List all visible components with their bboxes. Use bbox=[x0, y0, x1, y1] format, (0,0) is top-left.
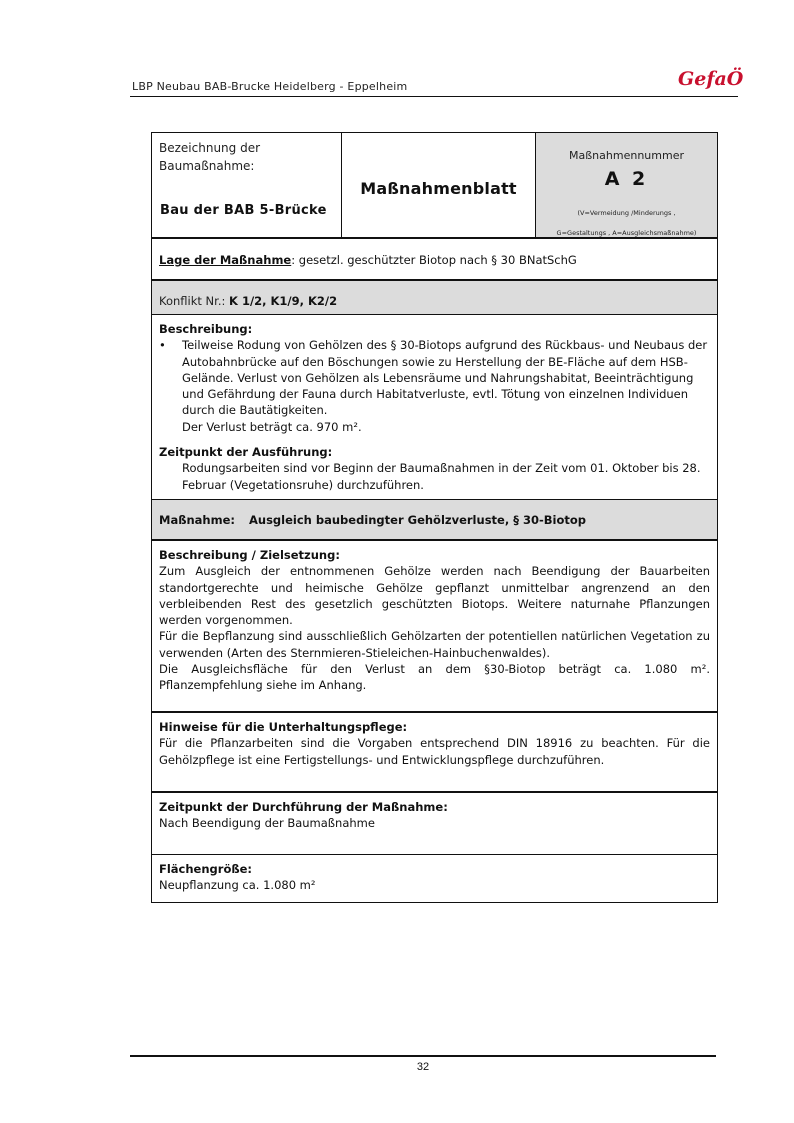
beschreibung-bullet-item: • Teilweise Rodung von Gehölzen des § 30… bbox=[159, 337, 710, 435]
konflikt-label: Konflikt Nr.: bbox=[159, 294, 229, 308]
header-divider bbox=[130, 96, 738, 97]
flaechengroesse-heading: Flächengröße: bbox=[159, 861, 710, 877]
beschreibung-verlust: Der Verlust beträgt ca. 970 m². bbox=[182, 419, 710, 435]
lage-label: Lage der Maßnahme bbox=[159, 253, 291, 267]
bezeichnung-cell: Bezeichnung der Baumaßnahme: Bau der BAB… bbox=[152, 133, 342, 237]
massnahme-label: Maßnahme: bbox=[159, 512, 249, 528]
form-header-row: Bezeichnung der Baumaßnahme: Bau der BAB… bbox=[151, 132, 718, 238]
unterhaltungspflege-text: Für die Pflanzarbeiten sind die Vorgaben… bbox=[159, 735, 710, 768]
massnahmennummer-cell: Maßnahmennummer A 2 (V=Vermeidung /Minde… bbox=[536, 133, 717, 237]
unterhaltungspflege-row: Hinweise für die Unterhaltungspflege: Fü… bbox=[151, 712, 718, 792]
beschreibung-row: Beschreibung: • Teilweise Rodung von Geh… bbox=[151, 315, 718, 500]
beschreibung-heading: Beschreibung: bbox=[159, 321, 710, 337]
sheet-title: Maßnahmenblatt bbox=[360, 181, 517, 197]
type-legend-line1: (V=Vermeidung /Minderungs , bbox=[536, 205, 717, 221]
flaechengroesse-row: Flächengröße: Neupflanzung ca. 1.080 m² bbox=[151, 855, 718, 903]
massnahme-value: Ausgleich baubedingter Gehölzverluste, §… bbox=[249, 513, 586, 527]
bezeichnung-label: Bezeichnung der Baumaßnahme: bbox=[159, 139, 334, 175]
durchfuehrung-heading: Zeitpunkt der Durchführung der Maßnahme: bbox=[159, 799, 710, 815]
massnahme-row: Maßnahme:Ausgleich baubedingter Gehölzve… bbox=[151, 500, 718, 540]
flaechengroesse-text: Neupflanzung ca. 1.080 m² bbox=[159, 877, 710, 893]
type-legend-line2: G=Gestaltungs , A=Ausgleichsmaßnahme) bbox=[536, 225, 717, 241]
konflikt-value: K 1/2, K1/9, K2/2 bbox=[229, 294, 337, 308]
zielsetzung-paragraph-2: Für die Bepflanzung sind ausschließlich … bbox=[159, 628, 710, 661]
document-title: LBP Neubau BAB-Brucke Heidelberg - Eppel… bbox=[132, 80, 407, 93]
lage-value: : gesetzl. geschützter Biotop nach § 30 … bbox=[291, 253, 577, 267]
zielsetzung-paragraph-3: Die Ausgleichsfläche für den Verlust an … bbox=[159, 661, 710, 694]
beschreibung-text: Teilweise Rodung von Gehölzen des § 30-B… bbox=[182, 337, 710, 418]
massnahmennummer-value: A 2 bbox=[536, 171, 717, 187]
zielsetzung-row: Beschreibung / Zielsetzung: Zum Ausgleic… bbox=[151, 540, 718, 712]
konflikt-row: Konflikt Nr.: K 1/2, K1/9, K2/2 bbox=[151, 280, 718, 315]
gefaoe-logo: GefaÖ bbox=[678, 68, 743, 90]
durchfuehrung-row: Zeitpunkt der Durchführung der Maßnahme:… bbox=[151, 792, 718, 855]
bezeichnung-value: Bau der BAB 5-Brücke bbox=[160, 203, 327, 219]
ausfuehrung-heading: Zeitpunkt der Ausführung: bbox=[159, 444, 710, 460]
massnahmennummer-label: Maßnahmennummer bbox=[536, 148, 717, 164]
ausfuehrung-text: Rodungsarbeiten sind vor Beginn der Baum… bbox=[159, 460, 710, 493]
lage-row: Lage der Maßnahme: gesetzl. geschützter … bbox=[151, 238, 718, 280]
page-number: 32 bbox=[0, 1061, 794, 1073]
sheet-title-cell: Maßnahmenblatt bbox=[342, 133, 536, 237]
zielsetzung-heading: Beschreibung / Zielsetzung: bbox=[159, 547, 710, 563]
bullet-icon: • bbox=[159, 337, 182, 435]
unterhaltungspflege-heading: Hinweise für die Unterhaltungspflege: bbox=[159, 719, 710, 735]
massnahmenblatt-form: Bezeichnung der Baumaßnahme: Bau der BAB… bbox=[151, 132, 718, 903]
durchfuehrung-text: Nach Beendigung der Baumaßnahme bbox=[159, 815, 710, 831]
footer-divider bbox=[130, 1055, 716, 1057]
zielsetzung-paragraph-1: Zum Ausgleich der entnommenen Gehölze we… bbox=[159, 563, 710, 628]
